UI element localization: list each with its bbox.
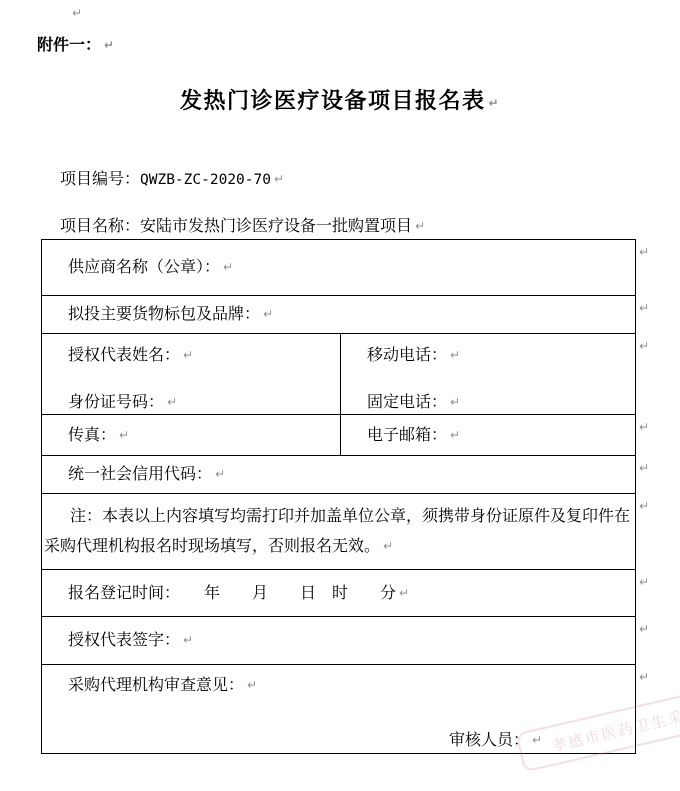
mobile-label: 移动电话：	[367, 347, 447, 364]
attachment-heading: 附件一：↵	[37, 32, 114, 55]
table-row: 统一社会信用代码：↵	[42, 456, 636, 494]
paragraph-mark-icon: ↵	[450, 429, 460, 441]
table-row: 传真：↵ 电子邮箱：↵	[42, 415, 636, 456]
email-label: 电子邮箱：	[367, 427, 447, 444]
goods-brand-label: 拟投主要货物标包及品牌：	[68, 306, 260, 323]
registration-time-cell: 报名登记时间： 年 月 日 时 分↵	[42, 570, 636, 617]
table-row: 供应商名称（公章）：↵	[42, 240, 636, 296]
paragraph-mark-icon: ↵	[639, 499, 649, 513]
goods-brand-cell: 拟投主要货物标包及品牌：↵	[42, 296, 636, 334]
landline-label: 固定电话：	[367, 394, 447, 411]
credit-code-cell: 统一社会信用代码：↵	[42, 456, 636, 494]
rep-signature-label: 授权代表签字：	[68, 632, 180, 649]
supplier-name-label: 供应商名称（公章）：	[68, 259, 220, 276]
paragraph-mark-icon: ↵	[639, 461, 649, 475]
attachment-label: 附件一：	[37, 37, 101, 54]
note-cell: 注：本表以上内容填写均需打印并加盖单位公章，须携带身份证原件及复印件在 采购代理…	[42, 494, 636, 570]
paragraph-mark-icon: ↵	[247, 679, 257, 691]
project-number-value: QWZB-ZC-2020-70	[140, 172, 271, 188]
table-row: 注：本表以上内容填写均需打印并加盖单位公章，须携带身份证原件及复印件在 采购代理…	[42, 494, 636, 570]
registration-form-table: 供应商名称（公章）：↵ 拟投主要货物标包及品牌：↵ 授权代表姓名：↵ 身份证号码…	[41, 239, 636, 754]
table-row: 授权代表姓名：↵ 身份证号码：↵ 移动电话：↵ 固定电话：↵	[42, 334, 636, 415]
paragraph-mark-icon: ↵	[488, 97, 500, 109]
page-title-row: 发热门诊医疗设备项目报名表↵	[0, 84, 680, 115]
project-name-value: 安陆市发热门诊医疗设备一批购置项目	[140, 218, 412, 235]
email-cell: 电子邮箱：↵	[341, 415, 636, 456]
paragraph-mark-icon: ↵	[639, 420, 649, 434]
paragraph-mark-icon: ↵	[639, 245, 649, 259]
paragraph-mark-icon: ↵	[119, 429, 129, 441]
page-title: 发热门诊医疗设备项目报名表	[180, 88, 486, 113]
note-line-2: 采购代理机构报名时现场填写，否则报名无效。	[44, 538, 380, 555]
fax-label: 传真：	[68, 427, 116, 444]
registration-time-label: 报名登记时间： 年 月 日 时 分	[68, 585, 396, 602]
document-page: ↵ 附件一：↵ 发热门诊医疗设备项目报名表↵ 项目编号：QWZB-ZC-2020…	[0, 0, 680, 791]
table-row: 报名登记时间： 年 月 日 时 分↵	[42, 570, 636, 617]
signature-cell: 授权代表签字：↵	[42, 617, 636, 665]
paragraph-mark-icon: ↵	[167, 396, 177, 408]
paragraph-mark-icon: ↵	[450, 396, 460, 408]
representative-cell: 授权代表姓名：↵ 身份证号码：↵	[42, 334, 341, 415]
id-number-label: 身份证号码：	[68, 394, 164, 411]
paragraph-mark-icon: ↵	[72, 6, 82, 20]
paragraph-mark-icon: ↵	[215, 468, 225, 480]
paragraph-mark-icon: ↵	[415, 220, 425, 232]
paragraph-mark-icon: ↵	[274, 173, 284, 185]
note-line-1: 注：本表以上内容填写均需打印并加盖单位公章，须携带身份证原件及复印件在	[70, 508, 630, 525]
paragraph-mark-icon: ↵	[399, 587, 409, 599]
paragraph-mark-icon: ↵	[639, 622, 649, 636]
paragraph-mark-icon: ↵	[183, 349, 193, 361]
paragraph-mark-icon: ↵	[183, 634, 193, 646]
paragraph-mark-icon: ↵	[639, 301, 649, 315]
paragraph-mark-icon: ↵	[639, 339, 649, 353]
paragraph-mark-icon: ↵	[639, 575, 649, 589]
project-name-label: 项目名称：	[60, 218, 140, 235]
supplier-name-cell: 供应商名称（公章）：↵	[42, 240, 636, 296]
credit-code-label: 统一社会信用代码：	[68, 466, 212, 483]
rep-name-label: 授权代表姓名：	[68, 347, 180, 364]
phone-cell: 移动电话：↵ 固定电话：↵	[341, 334, 636, 415]
paragraph-mark-icon: ↵	[639, 670, 649, 684]
project-number-label: 项目编号：	[60, 171, 140, 188]
table-row: 授权代表签字：↵	[42, 617, 636, 665]
fax-cell: 传真：↵	[42, 415, 341, 456]
paragraph-mark-icon: ↵	[263, 308, 273, 320]
paragraph-mark-icon: ↵	[450, 349, 460, 361]
paragraph-mark-icon: ↵	[383, 540, 393, 552]
paragraph-mark-icon: ↵	[223, 261, 233, 273]
paragraph-mark-icon: ↵	[104, 39, 114, 51]
table-row: 拟投主要货物标包及品牌：↵	[42, 296, 636, 334]
agency-opinion-label: 采购代理机构审查意见：	[68, 677, 244, 694]
